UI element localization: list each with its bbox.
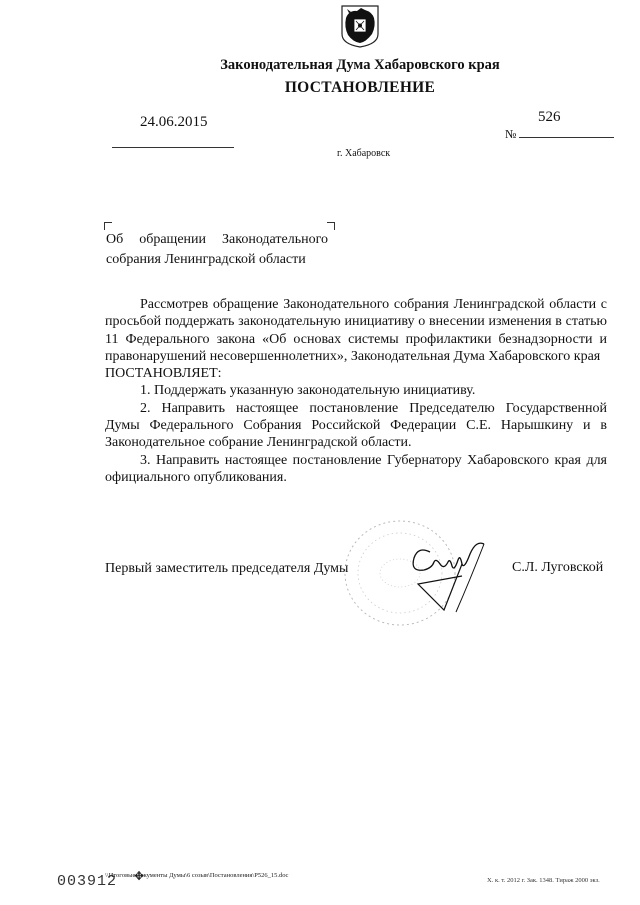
decree-word: ПОСТАНОВЛЯЕТ: (105, 365, 607, 382)
decree-item-2: 2. Направить настоящее постановление Пре… (105, 400, 607, 452)
number-sign: № (505, 127, 516, 142)
emblem-icon (339, 4, 381, 48)
document-subject: Об обращении Законодательного собрания Л… (106, 230, 336, 270)
coat-of-arms-emblem (339, 4, 381, 48)
preamble-paragraph: Рассмотрев обращение Законодательного со… (105, 296, 607, 365)
subject-word: Об (106, 230, 123, 250)
date-underline (112, 147, 234, 148)
subject-line-2: собрания Ленинградской области (106, 250, 336, 270)
signatory-name: С.Л. Луговской (512, 560, 603, 576)
footer-file-path: \\Итоговые документы Думы\6 созыв\Постан… (105, 872, 288, 879)
city-label: г. Хабаровск (337, 148, 390, 159)
organization-name: Законодательная Дума Хабаровского края (0, 57, 640, 74)
document-type-title: ПОСТАНОВЛЕНИЕ (0, 79, 640, 97)
subject-line-1: Об обращении Законодательного (106, 230, 328, 250)
decree-item-1: 1. Поддержать указанную законодательную … (105, 382, 607, 399)
subject-bracket-right (327, 222, 335, 230)
number-underline (519, 137, 614, 138)
document-date: 24.06.2015 (140, 114, 208, 131)
decree-item-3: 3. Направить настоящее постановление Губ… (105, 452, 607, 487)
handwritten-signature (400, 540, 500, 616)
signature-icon (400, 540, 500, 616)
signatory-position: Первый заместитель председателя Думы (105, 561, 348, 577)
document-number: 526 (538, 109, 561, 126)
subject-bracket-left (104, 222, 112, 230)
footer-ornament-icon: ✥ (134, 869, 144, 884)
footer-print-info: Х. к. т. 2012 г. Зак. 1348. Тираж 2000 э… (487, 877, 600, 884)
document-body: Рассмотрев обращение Законодательного со… (105, 296, 607, 486)
subject-word: Законодательного (222, 230, 328, 250)
subject-word: обращении (139, 230, 206, 250)
